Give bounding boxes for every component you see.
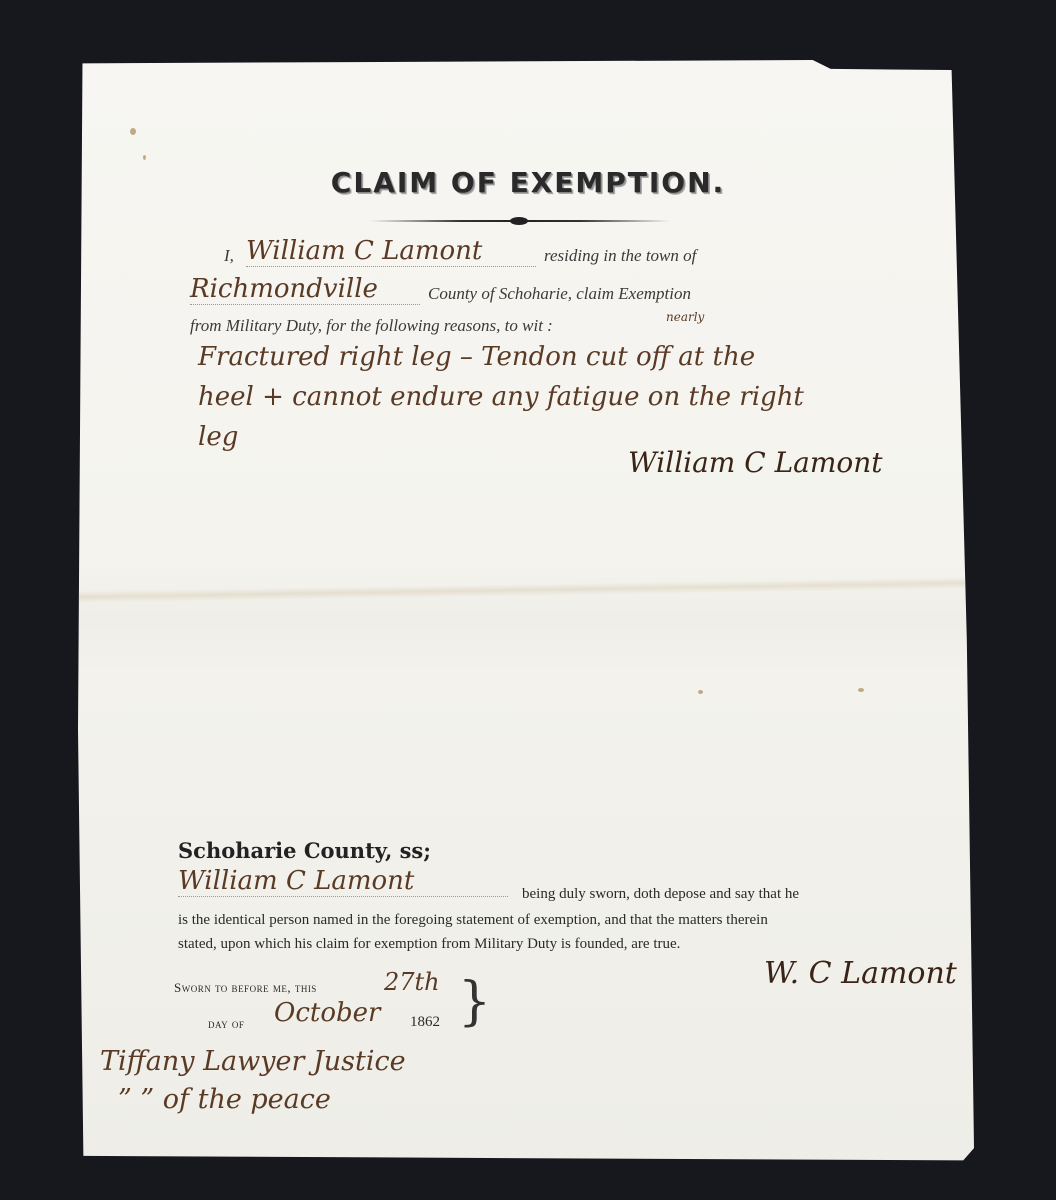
affidavit-line-3: stated, upon which his claim for exempti… — [178, 936, 680, 953]
document-paper: CLAIM OF EXEMPTION. I, William C Lamont … — [78, 60, 974, 1176]
county-text: County of Schoharie, claim Exemption — [428, 284, 691, 304]
foxing-spot — [130, 128, 136, 135]
reason-line-2: heel + cannot endure any fatigue on the … — [198, 382, 804, 412]
sworn-day: 27th — [384, 968, 440, 996]
reasons-intro: from Military Duty, for the following re… — [190, 316, 553, 336]
sworn-month: October — [274, 998, 380, 1028]
day-of-label: day of — [208, 1016, 244, 1032]
ornamental-rule — [370, 220, 670, 222]
affidavit-line-2: is the identical person named in the for… — [178, 912, 768, 929]
claimant-signature: William C Lamont — [628, 446, 883, 479]
affiant-signature: W. C Lamont — [764, 956, 957, 991]
fold-crease — [78, 577, 974, 603]
document-title: CLAIM OF EXEMPTION. — [288, 166, 768, 199]
reason-insert: nearly — [666, 310, 704, 324]
foxing-spot — [143, 155, 146, 160]
town-name: Richmondville — [190, 274, 420, 305]
sworn-label: Sworn to before me, this — [174, 980, 317, 996]
affidavit-line-1: being duly sworn, doth depose and say th… — [522, 886, 799, 903]
reason-line-1: Fractured right leg – Tendon cut off at … — [198, 342, 755, 372]
claim-prefix: I, — [224, 246, 234, 266]
sworn-year: 1862 — [410, 1014, 440, 1031]
reason-line-3: leg — [198, 422, 238, 452]
county-heading: Schoharie County, ss; — [178, 838, 431, 863]
date-brace: } — [458, 976, 491, 1028]
official-line-1: Tiffany Lawyer Justice — [100, 1046, 406, 1077]
residing-text: residing in the town of — [544, 246, 696, 266]
claimant-name: William C Lamont — [246, 236, 536, 267]
foxing-spot — [858, 688, 864, 692]
foxing-spot — [698, 690, 703, 694]
deponent-name: William C Lamont — [178, 866, 508, 897]
official-line-2: ” ” of the peace — [118, 1084, 331, 1115]
